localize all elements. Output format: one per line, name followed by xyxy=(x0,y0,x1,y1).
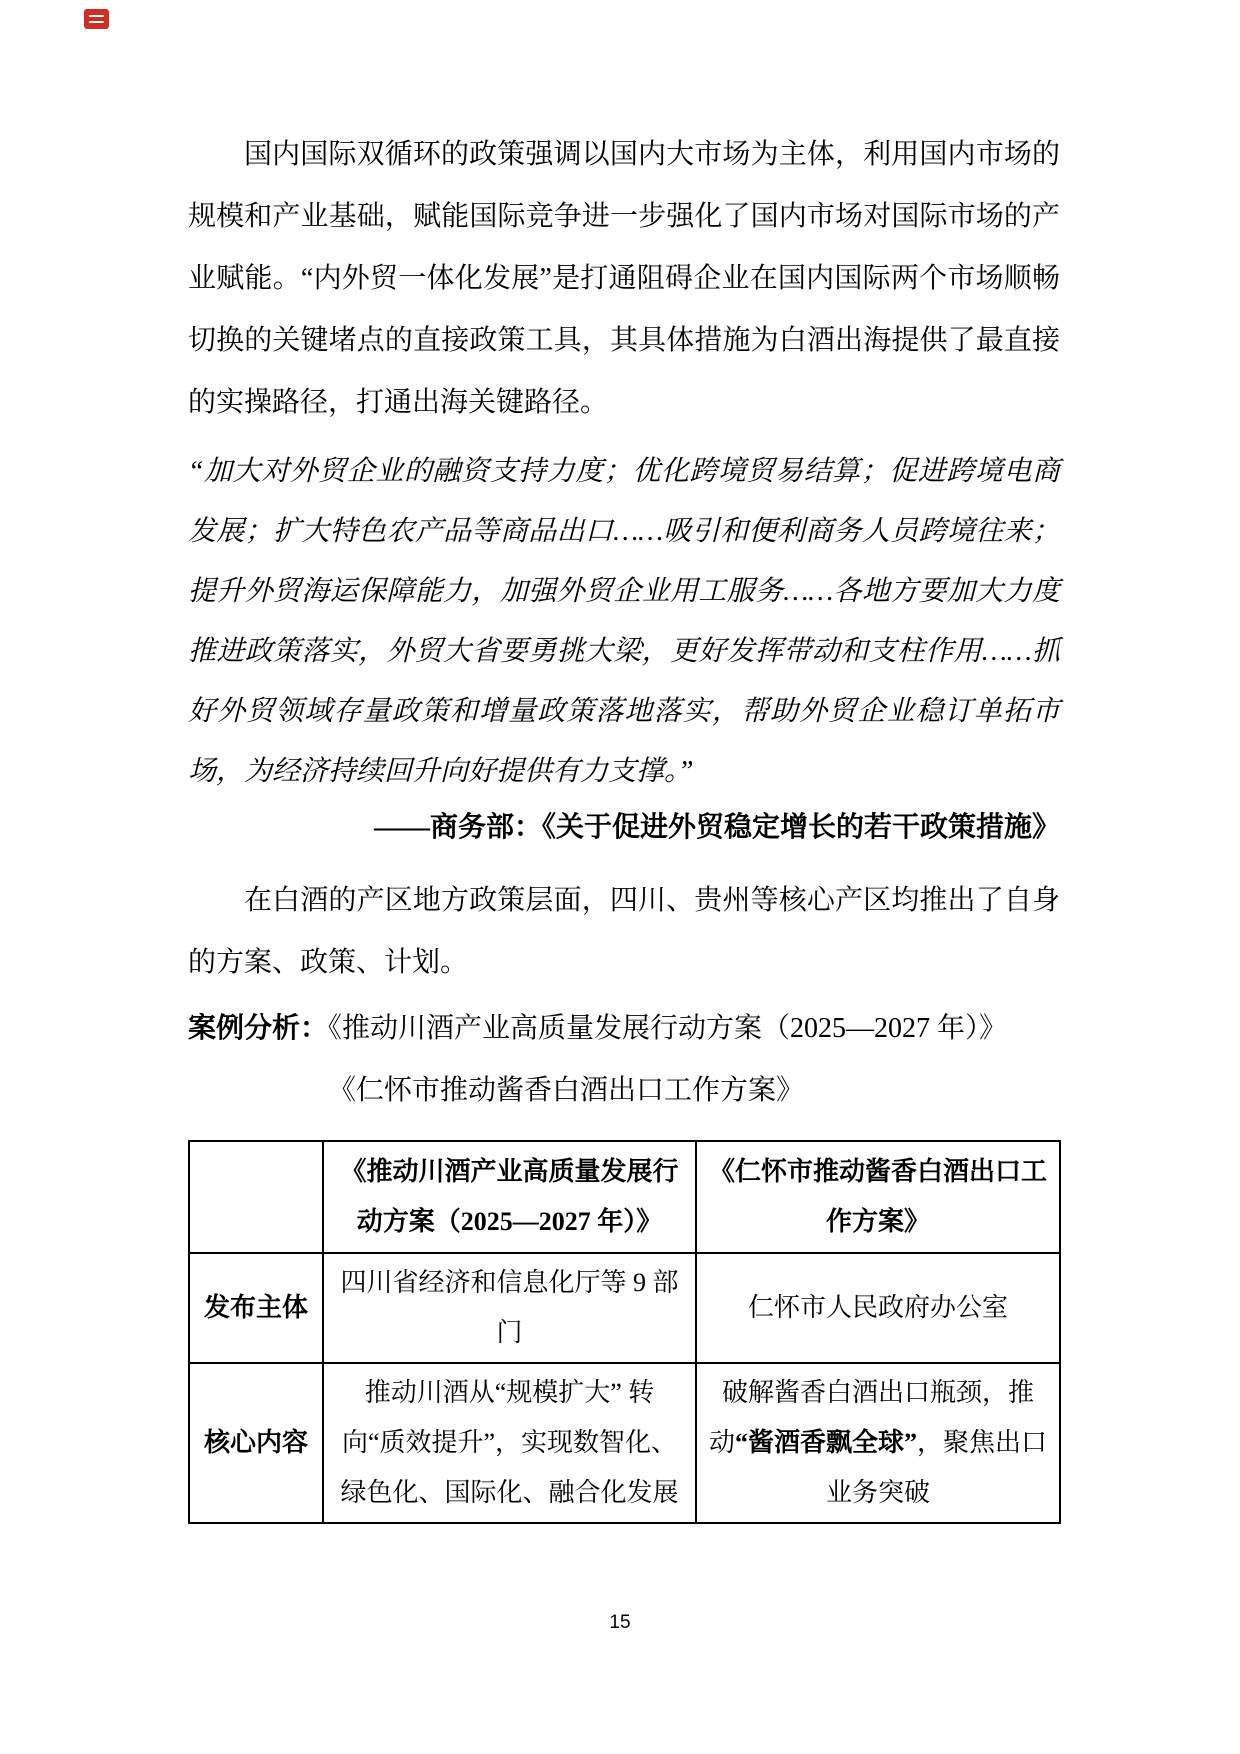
cell-core-sichuan: 推动川酒从“规模扩大” 转向“质效提升”，实现数智化、绿色化、国际化、融合化发展 xyxy=(323,1363,696,1523)
red-annotation-marker-icon xyxy=(84,9,109,29)
table-header-row: 《推动川酒产业高质量发展行动方案（2025—2027 年）》 《仁怀市推动酱香白… xyxy=(189,1141,1060,1253)
case-analysis-line: 案例分析：《推动川酒产业高质量发展行动方案（2025—2027 年）》 《仁怀市… xyxy=(188,998,1060,1122)
page-number: 15 xyxy=(0,1612,1240,1634)
page-content: 国内国际双循环的政策强调以国内大市场为主体，利用国内市场的规模和产业基础，赋能国… xyxy=(188,124,1060,1524)
paragraph-dual-circulation: 国内国际双循环的政策强调以国内大市场为主体，利用国内市场的规模和产业基础，赋能国… xyxy=(188,124,1060,434)
cell-core-renhuai: 破解酱香白酒出口瓶颈，推动“酱酒香飘全球”，聚焦出口业务突破 xyxy=(696,1363,1060,1523)
table-row-publisher: 发布主体 四川省经济和信息化厅等 9 部门 仁怀市人民政府办公室 xyxy=(189,1253,1060,1363)
row-label-core-content: 核心内容 xyxy=(189,1363,323,1523)
document-page: 国内国际双循环的政策强调以国内大市场为主体，利用国内市场的规模和产业基础，赋能国… xyxy=(0,0,1240,1754)
table-row-core-content: 核心内容 推动川酒从“规模扩大” 转向“质效提升”，实现数智化、绿色化、国际化、… xyxy=(189,1363,1060,1523)
row-label-publisher: 发布主体 xyxy=(189,1253,323,1363)
cell-core-renhuai-slogan: “酱酒香飘全球” xyxy=(735,1428,917,1457)
case-analysis-label: 案例分析： xyxy=(188,1013,328,1044)
paragraph-regional-policy: 在白酒的产区地方政策层面，四川、贵州等核心产区均推出了自身的方案、政策、计划。 xyxy=(188,870,1060,994)
table-header-renhuai-plan: 《仁怀市推动酱香白酒出口工作方案》 xyxy=(696,1141,1060,1253)
table-header-sichuan-plan: 《推动川酒产业高质量发展行动方案（2025—2027 年）》 xyxy=(323,1141,696,1253)
quote-attribution: ——商务部：《关于促进外贸稳定增长的若干政策措施》 xyxy=(188,804,1060,852)
policy-blockquote: “加大对外贸企业的融资支持力度；优化跨境贸易结算；促进跨境电商发展；扩大特色农产… xyxy=(188,442,1060,802)
cell-publisher-renhuai: 仁怀市人民政府办公室 xyxy=(696,1253,1060,1363)
case-title-renhuai: 《仁怀市推动酱香白酒出口工作方案》 xyxy=(328,1075,804,1106)
table-corner-cell xyxy=(189,1141,323,1253)
case-title-sichuan: 《推动川酒产业高质量发展行动方案（2025—2027 年）》 xyxy=(328,1013,1007,1044)
cell-publisher-sichuan: 四川省经济和信息化厅等 9 部门 xyxy=(323,1253,696,1363)
policy-comparison-table: 《推动川酒产业高质量发展行动方案（2025—2027 年）》 《仁怀市推动酱香白… xyxy=(188,1140,1061,1524)
